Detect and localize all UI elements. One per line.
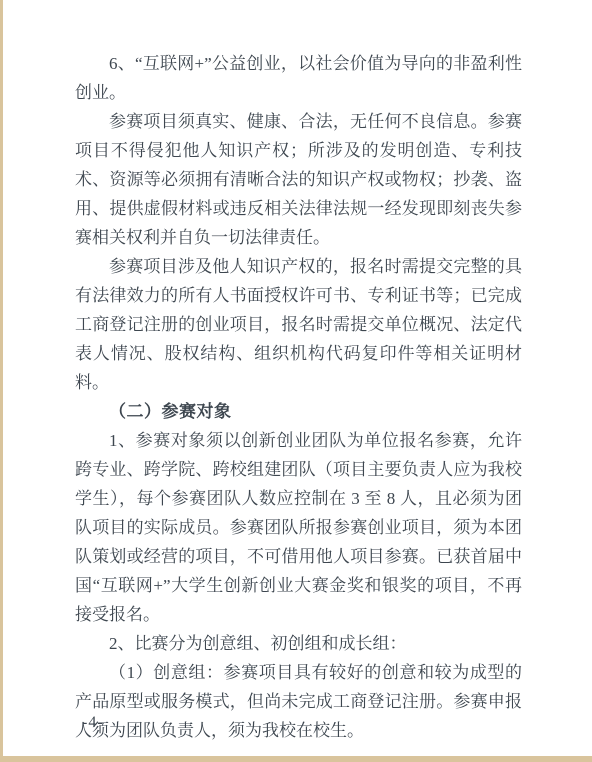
paragraph-team-registration-rules: 1、参赛对象须以创新创业团队为单位报名参赛，允许跨专业、跨学院、跨校组建团队（项… xyxy=(75,426,522,629)
page-number: -4- xyxy=(82,714,104,732)
text-block: 6、“互联网+”公益创业，以社会价值为导向的非盈利性创业。 参赛项目须真实、健康… xyxy=(75,49,522,745)
paragraph-internet-plus-public-welfare: 6、“互联网+”公益创业，以社会价值为导向的非盈利性创业。 xyxy=(75,49,522,107)
scan-edge-left xyxy=(0,0,3,762)
section-heading-participants: （二）参赛对象 xyxy=(75,397,522,426)
paragraph-ip-authorization-materials: 参赛项目涉及他人知识产权的，报名时需提交完整的具有法律效力的所有人书面授权许可书… xyxy=(75,252,522,397)
document-page: 6、“互联网+”公益创业，以社会价值为导向的非盈利性创业。 参赛项目须真实、健康… xyxy=(0,0,592,762)
scan-edge-bottom xyxy=(0,756,592,762)
paragraph-idea-group-definition: （1）创意组：参赛项目具有较好的创意和较为成型的产品原型或服务模式，但尚未完成工… xyxy=(75,658,522,745)
paragraph-project-integrity-rules: 参赛项目须真实、健康、合法，无任何不良信息。参赛项目不得侵犯他人知识产权；所涉及… xyxy=(75,107,522,252)
paragraph-competition-groups: 2、比赛分为创意组、初创组和成长组： xyxy=(75,629,522,658)
